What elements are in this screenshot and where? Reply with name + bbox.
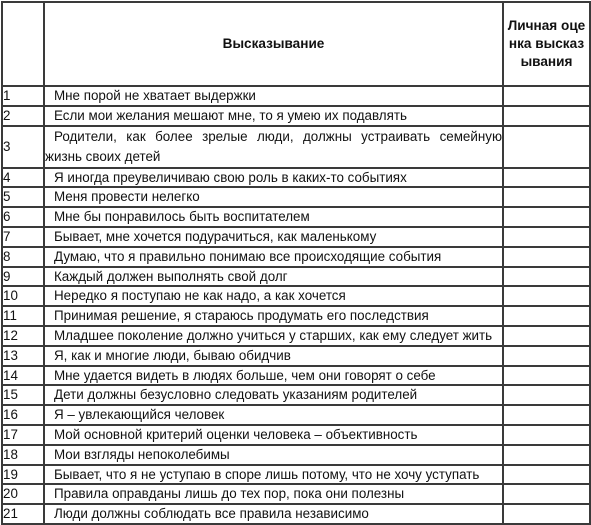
statement-cell: Родители, как более зрелые люди, должны … [44,126,503,168]
table-row: 14Мне удается видеть в людях больше, чем… [2,366,590,386]
statement-cell: Если мои желания мешают мне, то я умею и… [44,106,503,126]
row-number: 8 [2,247,44,267]
row-number: 18 [2,445,44,465]
row-number: 1 [2,86,44,106]
table-body: 1Мне порой не хватает выдержки2Если мои … [2,86,590,524]
statement-text: Думаю, что я правильно понимаю все проис… [54,249,441,264]
table-row: 21Люди должны соблюдать все правила неза… [2,504,590,524]
row-number: 16 [2,405,44,425]
statement-cell: Каждый должен выполнять свой долг [44,267,503,287]
table-row: 2Если мои желания мешают мне, то я умею … [2,106,590,126]
score-input-cell[interactable] [503,326,590,346]
table-row: 13Я, как и многие люди, бываю обидчив [2,346,590,366]
score-input-cell[interactable] [503,484,590,504]
statement-text: Младшее поколение должно учиться у старш… [54,328,492,343]
row-number: 14 [2,366,44,386]
statement-cell: Нередко я поступаю не как надо, а как хо… [44,286,503,306]
score-input-cell[interactable] [503,207,590,227]
statement-cell: Я, как и многие люди, бываю обидчив [44,346,503,366]
statement-text: Мне удается видеть в людях больше, чем о… [54,368,436,383]
row-number: 21 [2,504,44,524]
statement-text: Меня провести нелегко [54,189,200,204]
score-input-cell[interactable] [503,247,590,267]
row-number: 5 [2,187,44,207]
score-input-cell[interactable] [503,425,590,445]
score-input-cell[interactable] [503,286,590,306]
table-row: 5Меня провести нелегко [2,187,590,207]
score-input-cell[interactable] [503,227,590,247]
row-number: 13 [2,346,44,366]
statement-text: Мои взгляды непоколебимы [54,447,230,462]
table-row: 18Мои взгляды непоколебимы [2,445,590,465]
score-input-cell[interactable] [503,346,590,366]
row-number: 15 [2,385,44,405]
score-input-cell[interactable] [503,405,590,425]
table-row: 15Дети должны безусловно следовать указа… [2,385,590,405]
score-input-cell[interactable] [503,187,590,207]
statement-cell: Я иногда преувеличиваю свою роль в каких… [44,168,503,188]
statement-text: Принимая решение, я стараюсь продумать е… [54,308,429,323]
score-input-cell[interactable] [503,86,590,106]
statement-text: Родители, как более зрелые люди, должны … [45,129,502,164]
header-number [2,2,44,86]
statement-cell: Мне порой не хватает выдержки [44,86,503,106]
table-row: 7Бывает, мне хочется подурачиться, как м… [2,227,590,247]
statement-text: Я, как и многие люди, бываю обидчив [54,348,291,363]
statement-text: Мой основной критерий оценки человека – … [54,427,417,442]
table-row: 20Правила оправданы лишь до тех пор, пок… [2,484,590,504]
statement-cell: Меня провести нелегко [44,187,503,207]
statement-cell: Мне удается видеть в людях больше, чем о… [44,366,503,386]
score-input-cell[interactable] [503,504,590,524]
statement-text: Если мои желания мешают мне, то я умею и… [54,108,407,123]
header-row: Высказывание Личная оценка высказывания [2,2,590,86]
row-number: 11 [2,306,44,326]
score-input-cell[interactable] [503,306,590,326]
table-row: 11Принимая решение, я стараюсь продумать… [2,306,590,326]
score-input-cell[interactable] [503,445,590,465]
statement-text: Нередко я поступаю не как надо, а как хо… [54,288,346,303]
statement-text: Правила оправданы лишь до тех пор, пока … [54,486,404,501]
header-statement: Высказывание [44,2,503,86]
statement-cell: Дети должны безусловно следовать указани… [44,385,503,405]
row-number: 6 [2,207,44,227]
statement-text: Я иногда преувеличиваю свою роль в каких… [54,170,407,185]
table-row: 9Каждый должен выполнять свой долг [2,267,590,287]
row-number: 7 [2,227,44,247]
statement-cell: Люди должны соблюдать все правила незави… [44,504,503,524]
row-number: 2 [2,106,44,126]
score-input-cell[interactable] [503,385,590,405]
statement-text: Мне бы понравилось быть воспитателем [54,209,310,224]
statement-text: Бывает, что я не уступаю в споре лишь по… [54,467,479,482]
questionnaire-table: Высказывание Личная оценка высказывания … [1,1,591,525]
row-number: 17 [2,425,44,445]
table-row: 19Бывает, что я не уступаю в споре лишь … [2,465,590,485]
score-input-cell[interactable] [503,106,590,126]
table-row: 3Родители, как более зрелые люди, должны… [2,126,590,168]
statement-text: Я – увлекающийся человек [54,407,224,422]
row-number: 3 [2,126,44,168]
score-input-cell[interactable] [503,267,590,287]
table-row: 6Мне бы понравилось быть воспитателем [2,207,590,227]
table-row: 17Мой основной критерий оценки человека … [2,425,590,445]
statement-cell: Бывает, мне хочется подурачиться, как ма… [44,227,503,247]
statement-cell: Мой основной критерий оценки человека – … [44,425,503,445]
table-row: 4Я иногда преувеличиваю свою роль в каки… [2,168,590,188]
row-number: 4 [2,168,44,188]
statement-cell: Мои взгляды непоколебимы [44,445,503,465]
statement-cell: Думаю, что я правильно понимаю все проис… [44,247,503,267]
statement-text: Мне порой не хватает выдержки [54,88,256,103]
row-number: 10 [2,286,44,306]
table-row: 10Нередко я поступаю не как надо, а как … [2,286,590,306]
table-row: 1Мне порой не хватает выдержки [2,86,590,106]
statement-cell: Я – увлекающийся человек [44,405,503,425]
statement-cell: Младшее поколение должно учиться у старш… [44,326,503,346]
statement-cell: Правила оправданы лишь до тех пор, пока … [44,484,503,504]
row-number: 20 [2,484,44,504]
score-input-cell[interactable] [503,366,590,386]
row-number: 9 [2,267,44,287]
table-row: 16Я – увлекающийся человек [2,405,590,425]
row-number: 12 [2,326,44,346]
statement-text: Каждый должен выполнять свой долг [54,269,288,284]
table-row: 8Думаю, что я правильно понимаю все прои… [2,247,590,267]
score-input-cell[interactable] [503,168,590,188]
row-number: 19 [2,465,44,485]
statement-cell: Мне бы понравилось быть воспитателем [44,207,503,227]
score-input-cell[interactable] [503,126,590,168]
score-input-cell[interactable] [503,465,590,485]
statement-text: Люди должны соблюдать все правила незави… [54,506,369,521]
statement-cell: Бывает, что я не уступаю в споре лишь по… [44,465,503,485]
header-score: Личная оценка высказывания [503,2,590,86]
table-row: 12Младшее поколение должно учиться у ста… [2,326,590,346]
statement-text: Бывает, мне хочется подурачиться, как ма… [54,229,376,244]
statement-cell: Принимая решение, я стараюсь продумать е… [44,306,503,326]
statement-text: Дети должны безусловно следовать указани… [54,387,417,402]
